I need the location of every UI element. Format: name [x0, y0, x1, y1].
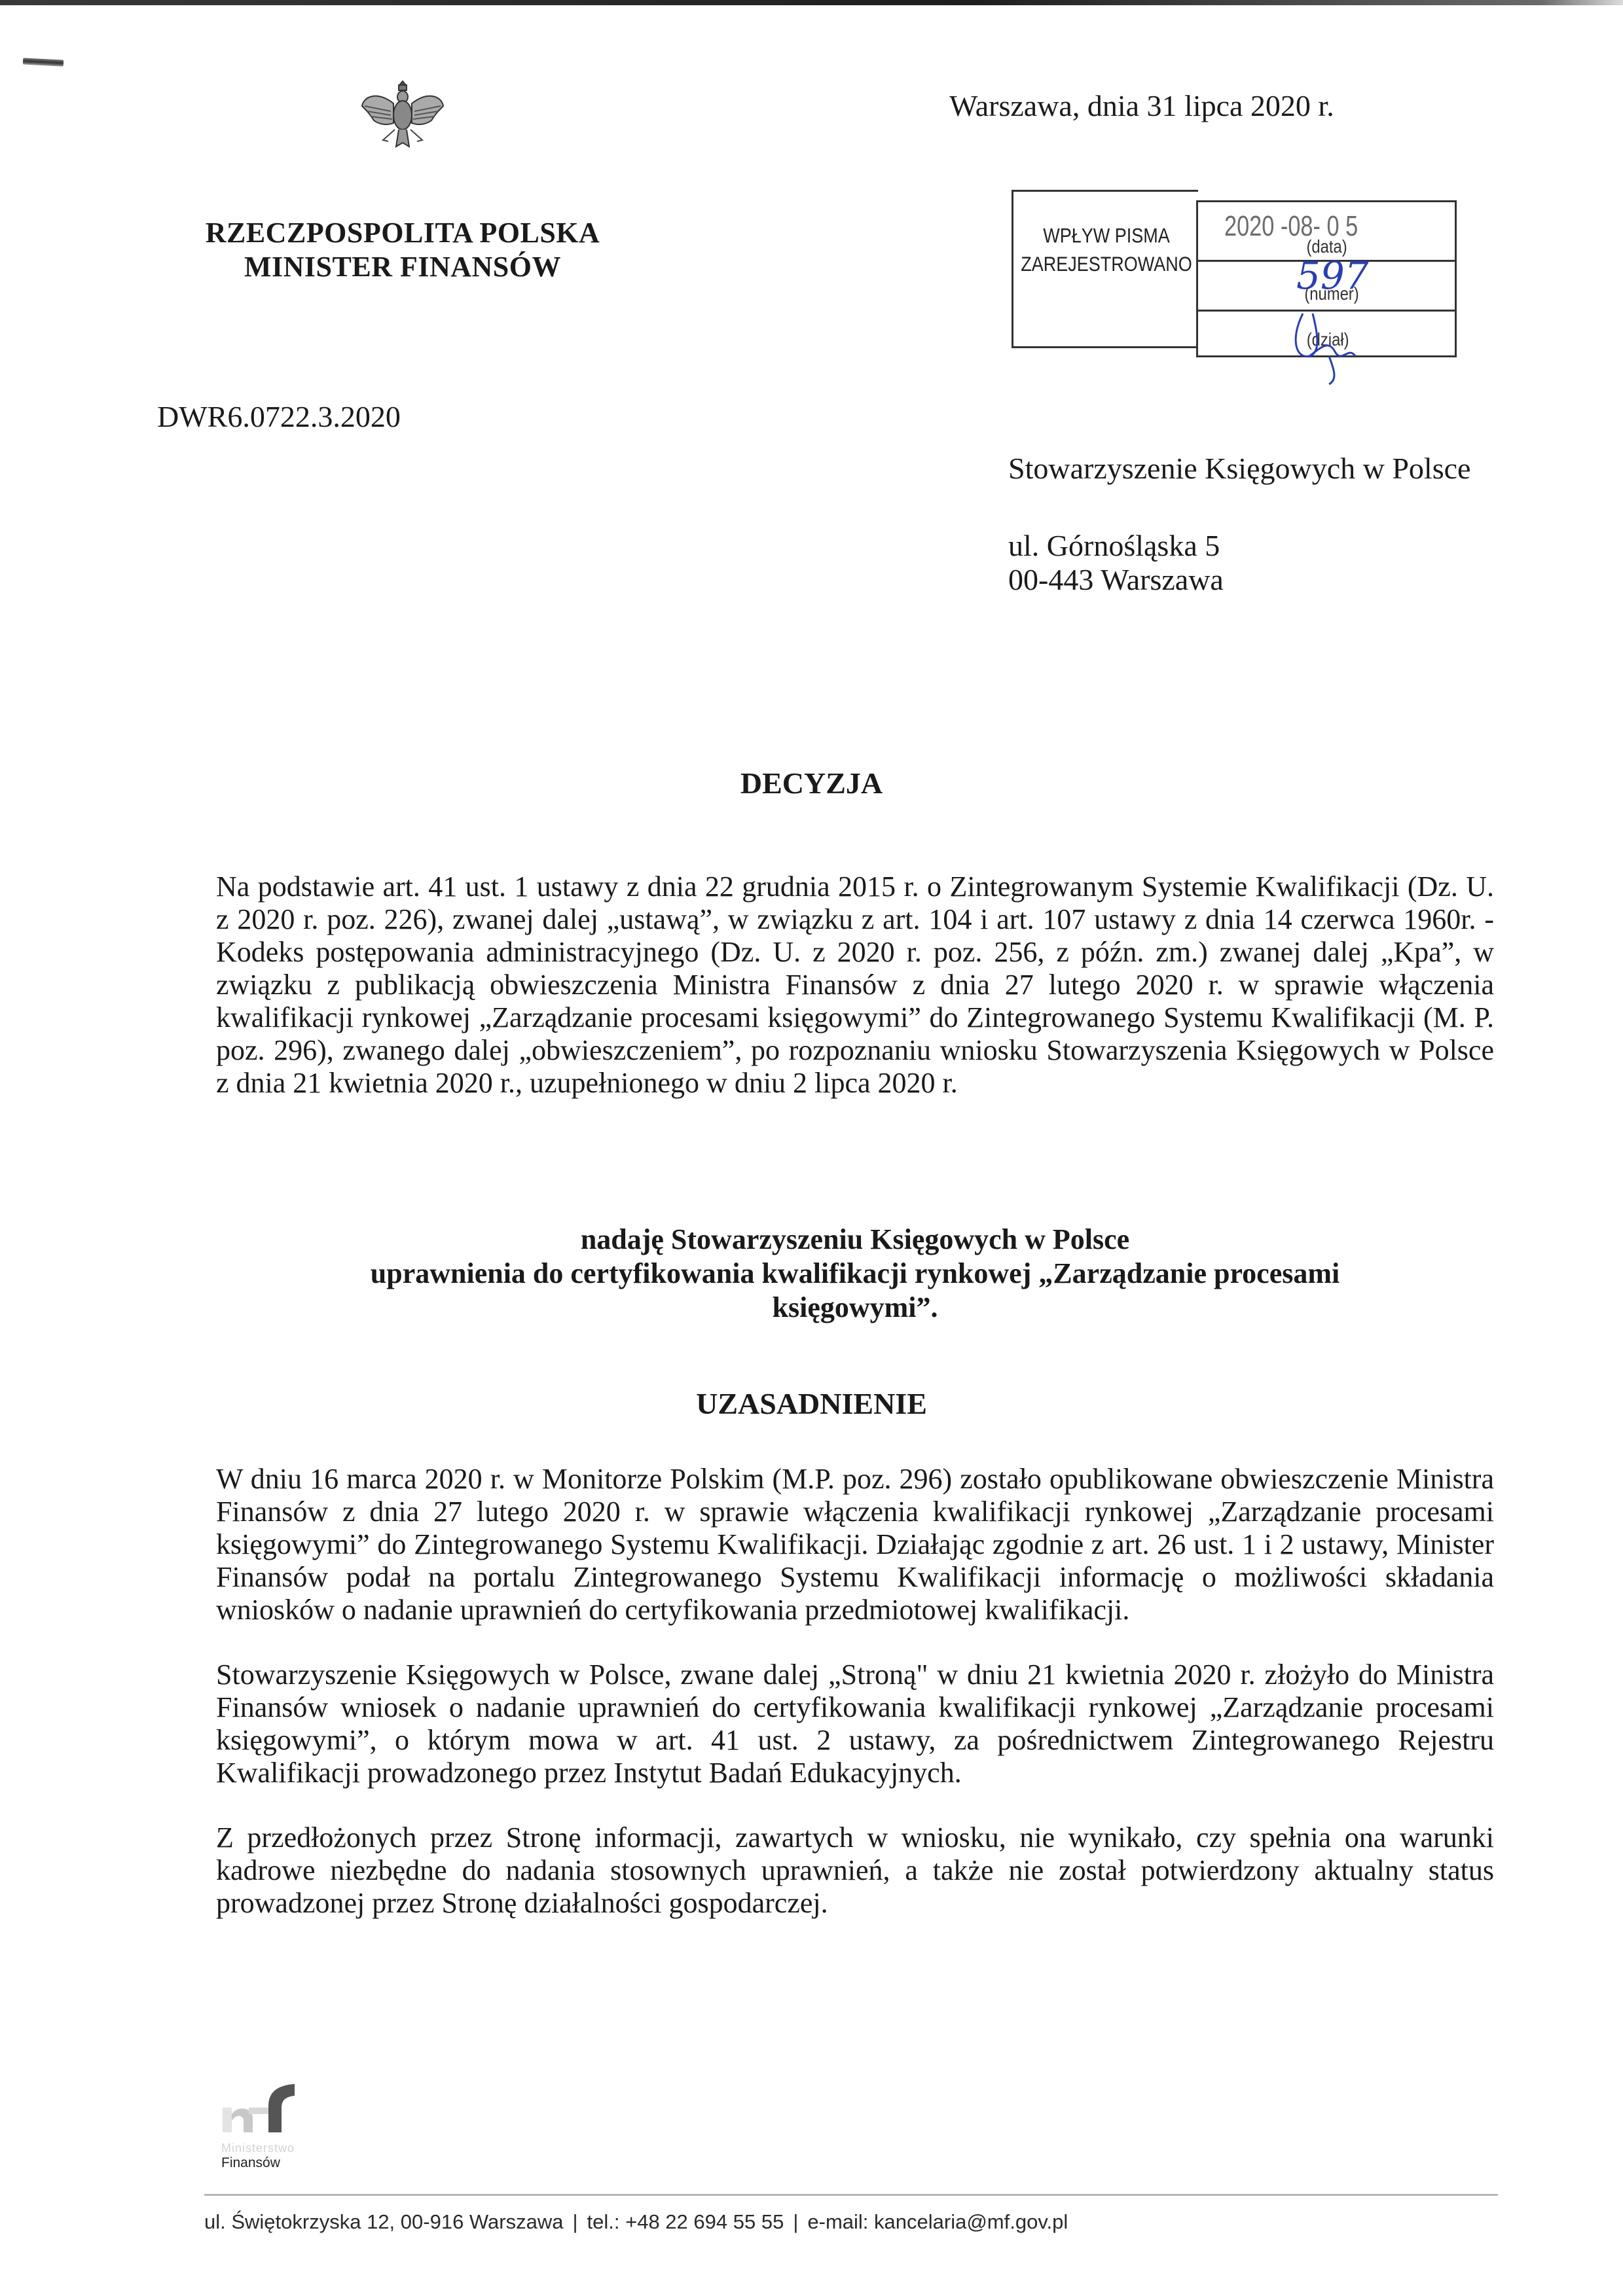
handwritten-signature-icon: [1283, 300, 1368, 386]
decision-preamble: Na podstawie art. 41 ust. 1 ustawy z dni…: [216, 870, 1494, 1100]
justification-body: W dniu 16 marca 2020 r. w Monitorze Pols…: [216, 1463, 1494, 1920]
stamp-label-line1: WPŁYW PISMA: [1018, 221, 1195, 250]
justification-paragraph: Stowarzyszenie Księgowych w Polsce, zwan…: [216, 1659, 1494, 1789]
institution-header: RZECZPOSPOLITA POLSKA MINISTER FINANSÓW: [164, 216, 642, 284]
ministry-name-line2: Finansów: [221, 2155, 280, 2171]
decision-operative-part: nadaję Stowarzyszeniu Księgowych w Polsc…: [216, 1223, 1494, 1325]
recipient-name: Stowarzyszenie Księgowych w Polsce: [1008, 452, 1470, 486]
stamp-label: WPŁYW PISMA ZAREJESTROWANO: [1018, 221, 1195, 278]
reference-number: DWR6.0722.3.2020: [157, 399, 401, 434]
justification-title: UZASADNIENIE: [0, 1386, 1623, 1421]
scan-edge-shadow: [0, 0, 1623, 5]
footer-divider: [204, 2194, 1498, 2196]
institution-authority: MINISTER FINANSÓW: [164, 250, 642, 284]
footer-separator: |: [572, 2210, 577, 2233]
footer-separator: |: [793, 2210, 798, 2233]
stamp-label-line2: ZAREJESTROWANO: [1018, 250, 1195, 279]
ministry-name-line1: Ministerstwo: [221, 2142, 295, 2155]
grant-line-2: uprawnienia do certyfikowania kwalifikac…: [216, 1257, 1494, 1291]
preamble-text: Na podstawie art. 41 ust. 1 ustawy z dni…: [216, 870, 1494, 1100]
polish-eagle-emblem-icon: [357, 77, 448, 151]
justification-paragraph: Z przedłożonych przez Stronę informacji,…: [216, 1821, 1494, 1920]
recipient-address: Stowarzyszenie Księgowych w Polsce ul. G…: [1008, 452, 1470, 597]
grant-line-3: księgowymi”.: [216, 1291, 1494, 1325]
registration-stamp: WPŁYW PISMA ZAREJESTROWANO 2020 -08- 0 5…: [1012, 190, 1457, 361]
grant-line-1: nadaję Stowarzyszeniu Księgowych w Polsc…: [216, 1223, 1494, 1257]
place-and-date: Warszawa, dnia 31 lipca 2020 r.: [949, 88, 1334, 123]
stamp-fields-box: 2020 -08- 0 5 (data) 597 (numer) (dział): [1196, 200, 1457, 357]
justification-paragraph: W dniu 16 marca 2020 r. w Monitorze Pols…: [216, 1463, 1494, 1626]
recipient-city: 00-443 Warszawa: [1008, 563, 1470, 597]
footer-email[interactable]: e-mail: kancelaria@mf.gov.pl: [807, 2210, 1068, 2233]
recipient-street: ul. Górnośląska 5: [1008, 529, 1470, 563]
decision-title: DECYZJA: [0, 766, 1623, 800]
footer-address: ul. Świętokrzyska 12, 00-916 Warszawa: [204, 2210, 563, 2233]
footer-phone: tel.: +48 22 694 55 55: [587, 2210, 784, 2233]
staple-mark: [23, 58, 64, 66]
footer-contact: ul. Świętokrzyska 12, 00-916 Warszawa|te…: [204, 2210, 1068, 2234]
institution-name: RZECZPOSPOLITA POLSKA: [164, 216, 642, 250]
mf-logo-icon: [221, 2080, 319, 2139]
